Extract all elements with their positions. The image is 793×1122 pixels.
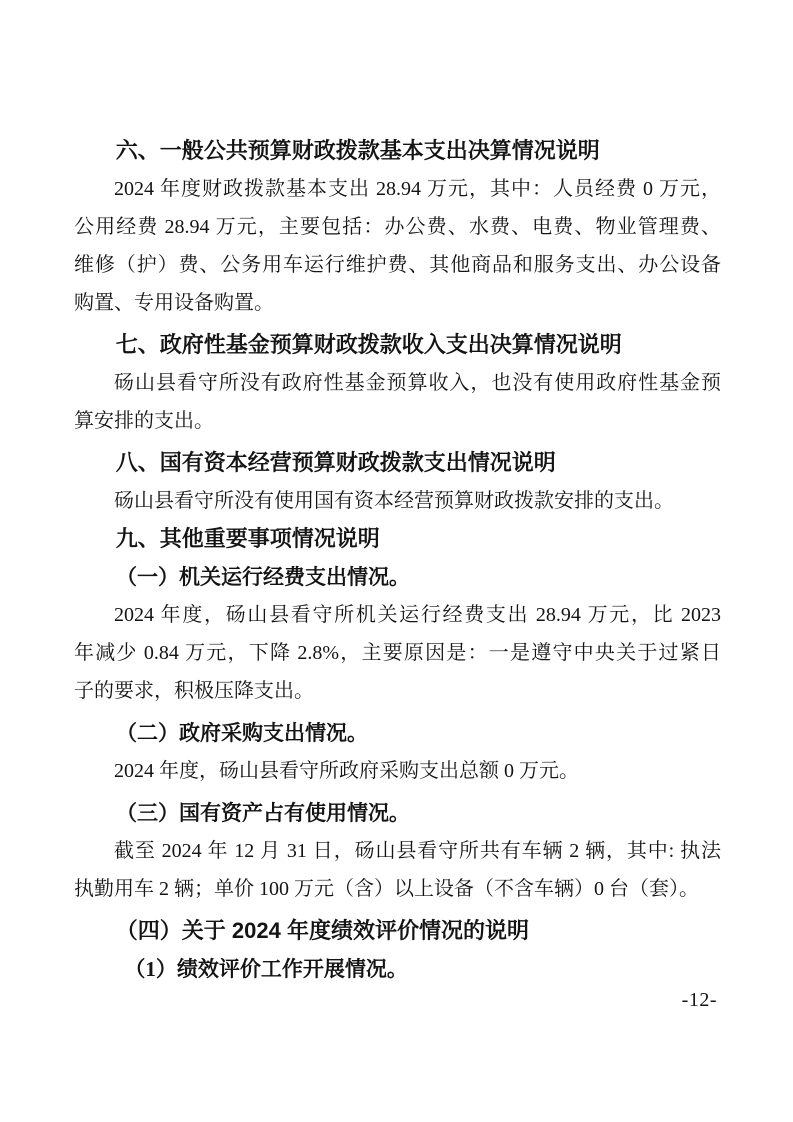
section-7-heading: 七、政府性基金预算财政拨款收入支出决算情况说明 [74, 326, 721, 364]
page-number: -12- [682, 989, 717, 1011]
section-9-item-4-heading: （四）关于 2024 年度绩效评价情况的说明 [74, 912, 721, 950]
text-line: 维修（护）费、公务用车运行维护费、其他商品和服务支出、办公设备 [74, 246, 721, 284]
text-line: 2024 年度财政拨款基本支出 28.94 万元，其中：人员经费 0 万元， [74, 170, 721, 208]
text-line: 2024 年度，砀山县看守所政府采购支出总额 0 万元。 [74, 752, 721, 790]
text-line: 截至 2024 年 12 月 31 日，砀山县看守所共有车辆 2 辆，其中: 执… [74, 832, 721, 870]
section-9-item-1-heading: （一）机关运行经费支出情况。 [74, 558, 721, 596]
section-9-item-3-heading: （三）国有资产占有使用情况。 [74, 794, 721, 832]
section-6-paragraph: 2024 年度财政拨款基本支出 28.94 万元，其中：人员经费 0 万元， 公… [74, 170, 721, 322]
text-line: 2024 年度，砀山县看守所机关运行经费支出 28.94 万元，比 2023 [74, 596, 721, 634]
section-9-item-2-heading: （二）政府采购支出情况。 [74, 714, 721, 752]
text-line: 购置、专用设备购置。 [74, 284, 721, 322]
text-line: 砀山县看守所没有使用国有资本经营预算财政拨款安排的支出。 [74, 482, 721, 520]
section-6-heading: 六、一般公共预算财政拨款基本支出决算情况说明 [74, 132, 721, 170]
text-line: 子的要求，积极压降支出。 [74, 672, 721, 710]
text-line: 执勤用车 2 辆；单价 100 万元（含）以上设备（不含车辆）0 台（套）。 [74, 870, 721, 908]
section-8-paragraph: 砀山县看守所没有使用国有资本经营预算财政拨款安排的支出。 [74, 482, 721, 520]
section-9-item-3-paragraph: 截至 2024 年 12 月 31 日，砀山县看守所共有车辆 2 辆，其中: 执… [74, 832, 721, 908]
section-9-item-1-paragraph: 2024 年度，砀山县看守所机关运行经费支出 28.94 万元，比 2023 年… [74, 596, 721, 710]
section-8-heading: 八、国有资本经营预算财政拨款支出情况说明 [74, 444, 721, 482]
text-line: 年减少 0.84 万元，下降 2.8%，主要原因是：一是遵守中央关于过紧日 [74, 634, 721, 672]
section-9-heading: 九、其他重要事项情况说明 [74, 520, 721, 558]
document-page: 六、一般公共预算财政拨款基本支出决算情况说明 2024 年度财政拨款基本支出 2… [0, 0, 793, 1122]
text-line: 算安排的支出。 [74, 402, 721, 440]
text-line: 公用经费 28.94 万元，主要包括：办公费、水费、电费、物业管理费、 [74, 208, 721, 246]
section-7-paragraph: 砀山县看守所没有政府性基金预算收入，也没有使用政府性基金预 算安排的支出。 [74, 364, 721, 440]
text-line: 砀山县看守所没有政府性基金预算收入，也没有使用政府性基金预 [74, 364, 721, 402]
section-9-item-2-paragraph: 2024 年度，砀山县看守所政府采购支出总额 0 万元。 [74, 752, 721, 790]
section-9-item-4-sub-1-heading: （1）绩效评价工作开展情况。 [74, 950, 721, 988]
page-content: 六、一般公共预算财政拨款基本支出决算情况说明 2024 年度财政拨款基本支出 2… [74, 132, 721, 988]
